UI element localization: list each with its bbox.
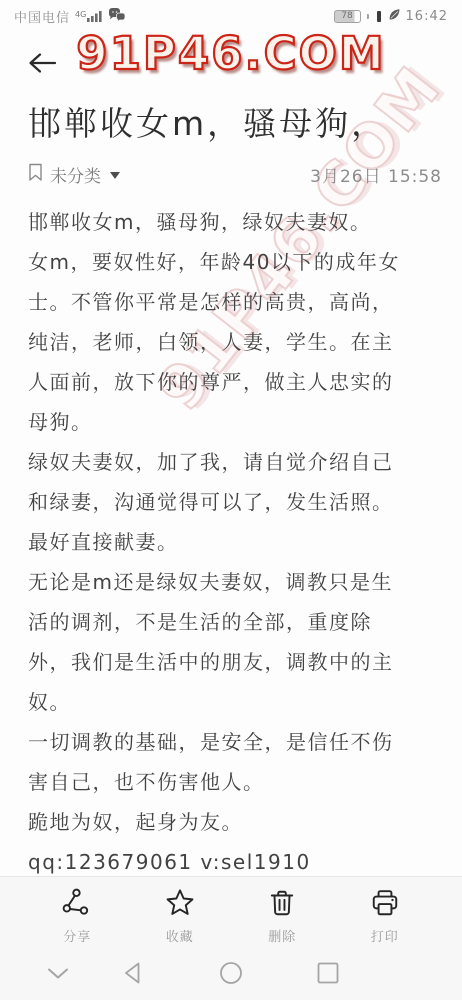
- note-line: 绿奴夫妻奴，加了我，请自觉介绍自己: [28, 442, 442, 482]
- bottom-panel: 分享 收藏: [0, 876, 462, 1000]
- note-body[interactable]: 邯郸收女m，骚母狗，绿奴夫妻奴。 女m，要奴性好，年龄40以下的成年女 士。不管…: [28, 202, 442, 882]
- note-line: 活的调剂，不是生活的全部，重度除: [28, 602, 442, 642]
- battery-tip: [367, 14, 369, 19]
- carrier-label: 中国电信: [14, 7, 70, 26]
- battery-icon: 78: [334, 10, 361, 23]
- note-title: 邯郸收女m，骚母狗，: [28, 98, 442, 145]
- note-line: 无论是m还是绿奴夫妻奴，调教只是生: [28, 562, 442, 602]
- signal-bars-icon: 4G: [75, 9, 103, 23]
- note-content: 邯郸收女m，骚母狗， 未分类 3月26日 15:58 邯郸收女m，骚母狗，绿奴夫…: [28, 98, 442, 882]
- hide-navbar-button[interactable]: [46, 966, 70, 985]
- print-button[interactable]: 打印: [353, 888, 417, 945]
- power-saving-leaf-icon: [388, 8, 401, 25]
- delete-label: 删除: [268, 926, 296, 945]
- category-label: 未分类: [50, 162, 101, 187]
- recents-nav-button[interactable]: [316, 961, 340, 989]
- favorite-button[interactable]: 收藏: [148, 888, 212, 945]
- category-selector[interactable]: 未分类: [28, 162, 120, 187]
- printer-icon: [370, 888, 400, 922]
- bookmark-icon: [28, 163, 43, 187]
- favorite-label: 收藏: [166, 926, 194, 945]
- print-label: 打印: [371, 926, 399, 945]
- watermark-banner: 91P46.COM: [0, 27, 462, 80]
- battery-charge-bar: [377, 11, 381, 22]
- note-line: 最好直接献妻。: [28, 522, 442, 562]
- back-button[interactable]: [26, 50, 60, 78]
- note-line: 邯郸收女m，骚母狗，绿奴夫妻奴。: [28, 202, 442, 242]
- note-line: 士。不管你平常是怎样的高贵，高尚，: [28, 282, 442, 322]
- clock-label: 16:42: [406, 9, 448, 24]
- note-line: 纯洁，老师，白领，人妻，学生。在主: [28, 322, 442, 362]
- home-nav-button[interactable]: [219, 961, 243, 989]
- back-nav-button[interactable]: [122, 961, 142, 989]
- note-line: 跪地为奴，起身为友。: [28, 802, 442, 842]
- note-line: 和绿妻，沟通觉得可以了，发生活照。: [28, 482, 442, 522]
- status-bar-left: 中国电信 4G: [14, 7, 126, 26]
- note-toolbar: 分享 收藏: [0, 877, 462, 945]
- status-bar: 中国电信 4G: [0, 0, 462, 30]
- status-bar-right: 78 16:42: [334, 8, 448, 25]
- note-date: 3月26日 15:58: [310, 162, 442, 187]
- system-navbar: [0, 950, 462, 1000]
- note-line: 外，我们是生活中的朋友，调教中的主: [28, 642, 442, 682]
- share-button[interactable]: 分享: [45, 888, 109, 945]
- note-line: 女m，要奴性好，年龄40以下的成年女: [28, 242, 442, 282]
- wechat-icon: [108, 7, 126, 26]
- note-line: 母狗。: [28, 402, 442, 442]
- share-label: 分享: [63, 926, 91, 945]
- note-line: 一切调教的基础，是安全，是信任不伤: [28, 722, 442, 762]
- share-icon: [62, 888, 92, 922]
- delete-button[interactable]: 删除: [250, 888, 314, 945]
- notes-app-screen: 中国电信 4G: [0, 0, 462, 1000]
- chevron-down-icon: [110, 172, 120, 179]
- note-line: 奴。: [28, 682, 442, 722]
- note-meta-row: 未分类 3月26日 15:58: [28, 162, 442, 187]
- note-line: 人面前，放下你的尊严，做主人忠实的: [28, 362, 442, 402]
- star-icon: [165, 888, 195, 922]
- note-line: 害自己，也不伤害他人。: [28, 762, 442, 802]
- trash-icon: [267, 888, 297, 922]
